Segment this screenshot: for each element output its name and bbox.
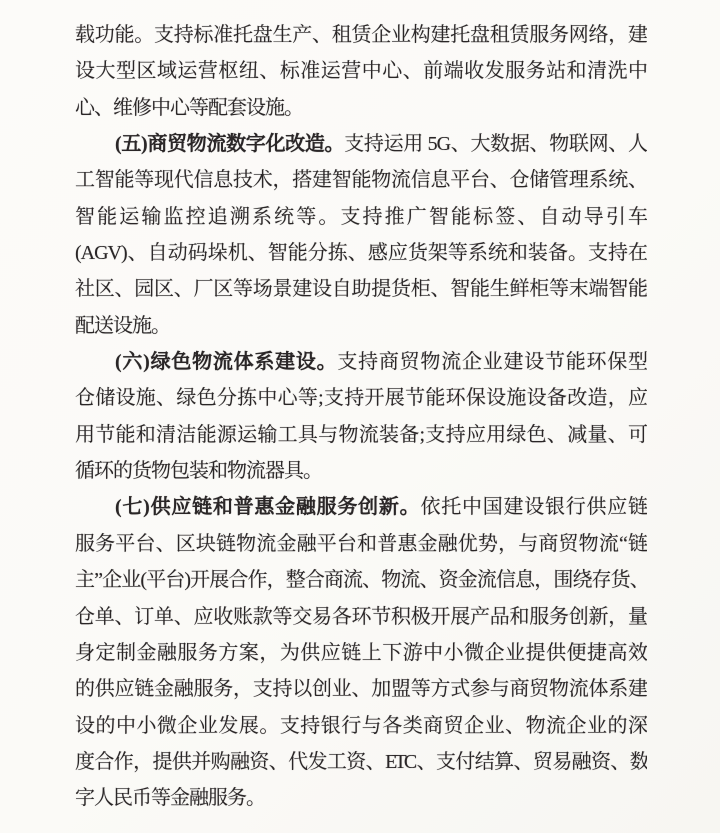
text-line: 设的中小微企业发展。支持银行与各类商贸企业、物流企业的深 — [75, 708, 647, 744]
text-line: (七)供应链和普惠金融服务创新。依托中国建设银行供应链 — [75, 489, 647, 525]
text-line: (五)商贸物流数字化改造。支持运用 5G、大数据、物联网、人 — [75, 126, 647, 162]
text-line: 工智能等现代信息技术，搭建智能物流信息平台、仓储管理系统、 — [75, 162, 647, 198]
text-line: 身定制金融服务方案，为供应链上下游中小微企业提供便捷高效 — [75, 635, 647, 671]
section-heading: (五)商贸物流数字化改造。 — [115, 133, 344, 155]
text-line: 心、维修中心等配套设施。 — [75, 90, 647, 126]
text-line: 配送设施。 — [75, 308, 647, 344]
text-line: 服务平台、区块链物流金融平台和普惠金融优势，与商贸物流“链 — [75, 526, 647, 562]
text-line: 载功能。支持标准托盘生产、租赁企业构建托盘租赁服务网络，建 — [75, 17, 647, 53]
text-line: (AGV)、自动码垛机、智能分拣、感应货架等系统和装备。支持在 — [75, 235, 647, 271]
text-line: 循环的货物包装和物流器具。 — [75, 453, 647, 489]
text-line: 用节能和清洁能源运输工具与物流装备;支持应用绿色、减量、可 — [75, 417, 647, 453]
paragraph-section-5: (五)商贸物流数字化改造。支持运用 5G、大数据、物联网、人 工智能等现代信息技… — [75, 126, 647, 344]
text-line: 社区、园区、厂区等场景建设自助提货柜、智能生鲜柜等末端智能 — [75, 271, 647, 307]
text-block: 载功能。支持标准托盘生产、租赁企业构建托盘租赁服务网络，建 设大型区域运营枢纽、… — [75, 17, 647, 817]
heading-line-rest: 支持商贸物流企业建设节能环保型 — [337, 351, 647, 373]
text-line: 设大型区域运营枢纽、标准运营中心、前端收发服务站和清洗中 — [75, 53, 647, 89]
text-line: 字人民币等金融服务。 — [75, 780, 647, 816]
text-line: 仓储设施、绿色分拣中心等;支持开展节能环保设施设备改造，应 — [75, 380, 647, 416]
section-heading: (七)供应链和普惠金融服务创新。 — [115, 496, 420, 518]
text-line: 的供应链金融服务，支持以创业、加盟等方式参与商贸物流体系建 — [75, 671, 647, 707]
paragraph-section-6: (六)绿色物流体系建设。支持商贸物流企业建设节能环保型 仓储设施、绿色分拣中心等… — [75, 344, 647, 489]
text-line: 智能运输监控追溯系统等。支持推广智能标签、自动导引车 — [75, 199, 647, 235]
paragraph-section-7: (七)供应链和普惠金融服务创新。依托中国建设银行供应链 服务平台、区块链物流金融… — [75, 489, 647, 816]
text-line: (六)绿色物流体系建设。支持商贸物流企业建设节能环保型 — [75, 344, 647, 380]
section-heading: (六)绿色物流体系建设。 — [115, 351, 337, 373]
paragraph: 载功能。支持标准托盘生产、租赁企业构建托盘租赁服务网络，建 设大型区域运营枢纽、… — [75, 17, 647, 126]
text-line: 度合作，提供并购融资、代发工资、ETC、支付结算、贸易融资、数 — [75, 744, 647, 780]
heading-line-rest: 支持运用 5G、大数据、物联网、人 — [344, 133, 647, 155]
text-line: 仓单、订单、应收账款等交易各环节积极开展产品和服务创新，量 — [75, 599, 647, 635]
text-line: 主”企业(平台)开展合作，整合商流、物流、资金流信息，围绕存货、 — [75, 562, 647, 598]
heading-line-rest: 依托中国建设银行供应链 — [420, 496, 647, 518]
document-page: 载功能。支持标准托盘生产、租赁企业构建托盘租赁服务网络，建 设大型区域运营枢纽、… — [0, 0, 720, 833]
